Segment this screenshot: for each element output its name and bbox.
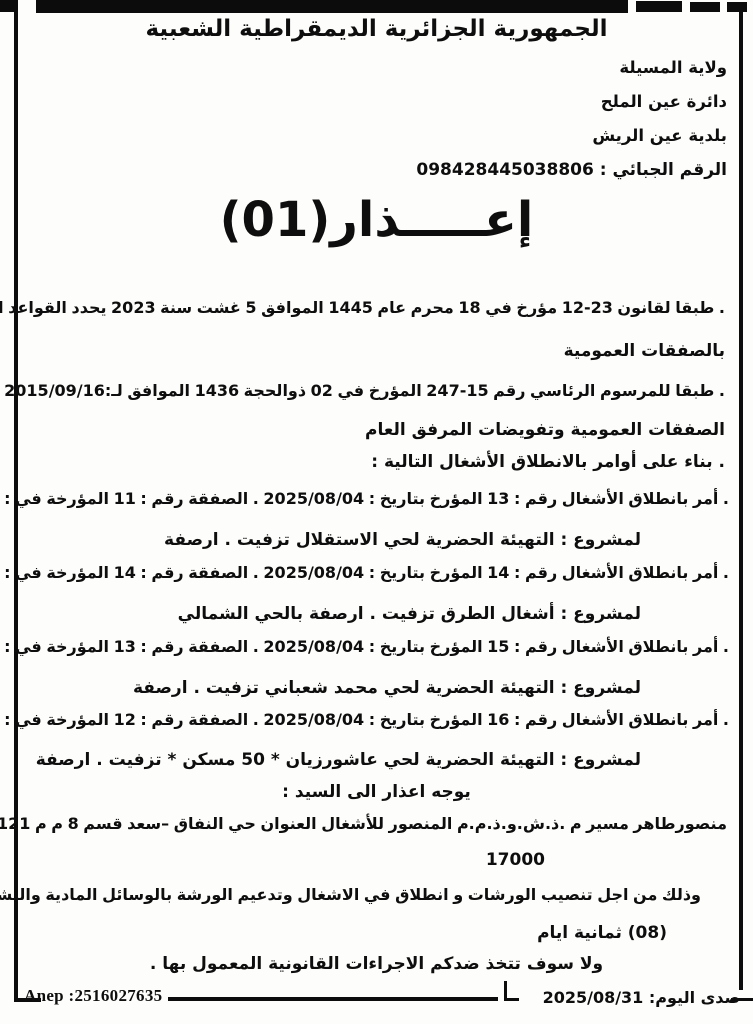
work-order-3-project: لمشروع : التهيئة الحضرية لحي محمد شعباني…: [133, 677, 641, 700]
postal-code: 17000: [486, 849, 545, 872]
decree-reference-line-2: الصفقات العمومية وتفويضات المرفق العام: [365, 419, 725, 442]
footer-rule: [168, 997, 498, 1001]
daira-line: دائرة عين الملح: [601, 91, 727, 113]
law-reference-line-1: . طبقا لقانون 23-12 مؤرخ في 18 محرم عام …: [0, 297, 725, 319]
frame-top-dash-2: [690, 2, 720, 12]
work-order-2-line: . أمر بانطلاق الأشغال رقم : 14 المؤرخ بت…: [0, 562, 729, 584]
frame-top-dash-3: [727, 2, 747, 12]
decree-reference-line-1: . طبقا للمرسوم الرئاسي رقم 15-247 المؤرخ…: [0, 380, 725, 402]
anep-reference: Anep :2516027635: [24, 986, 162, 1006]
journal-date: صدى اليوم: 2025/08/31: [543, 987, 740, 1009]
work-order-3-line: . أمر بانطلاق الأشغال رقم : 15 المؤرخ بت…: [0, 636, 729, 658]
notice-title: إعـــــذار(01): [0, 188, 753, 253]
commune-line: بلدية عين الريش: [592, 125, 727, 147]
addressee-intro: يوجه اعذار الى السيد :: [0, 781, 753, 804]
purpose-line: وذلك من اجل تنصيب الورشات و انطلاق في ال…: [0, 884, 701, 906]
frame-top-bar: [36, 0, 628, 13]
frame-top-bar-notch: [0, 0, 14, 12]
frame-top-dash-1: [636, 1, 682, 12]
deadline-line: (08) ثمانية ايام: [537, 922, 667, 945]
tax-id-line: الرقم الجبائي : 098428445038806: [416, 159, 727, 182]
country-header: الجمهورية الجزائرية الديمقراطية الشعبية: [0, 14, 753, 45]
work-order-4-line: . أمر بانطلاق الأشغال رقم : 16 المؤرخ بت…: [0, 709, 729, 731]
work-order-1-project: لمشروع : التهيئة الحضرية لحي الاستقلال ت…: [164, 529, 641, 552]
work-order-2-project: لمشروع : أشغال الطرق تزفيت . ارصفة بالحي…: [178, 603, 641, 626]
document-page: الجمهورية الجزائرية الديمقراطية الشعبية …: [0, 0, 753, 1024]
legal-warning-line: ولا سوف تتخذ ضدكم الاجراءات القانونية ال…: [0, 953, 753, 976]
footer-corner-mark: [504, 981, 519, 1001]
addressee-details: منصورطاهر مسير م .ذ.ش.و.ذ.م.م المنصور لل…: [0, 813, 727, 835]
frame-right-border: [739, 9, 743, 990]
work-order-1-line: . أمر بانطلاق الأشغال رقم : 13 المؤرخ بت…: [0, 488, 729, 510]
work-order-4-project: لمشروع : التهيئة الحضرية لحي عاشورزيان *…: [36, 749, 641, 772]
wilaya-line: ولاية المسيلة: [619, 57, 727, 79]
work-orders-intro: . بناء على أوامر بالانطلاق الأشغال التال…: [371, 451, 725, 474]
law-reference-line-2: بالصفقات العمومية: [564, 340, 725, 363]
